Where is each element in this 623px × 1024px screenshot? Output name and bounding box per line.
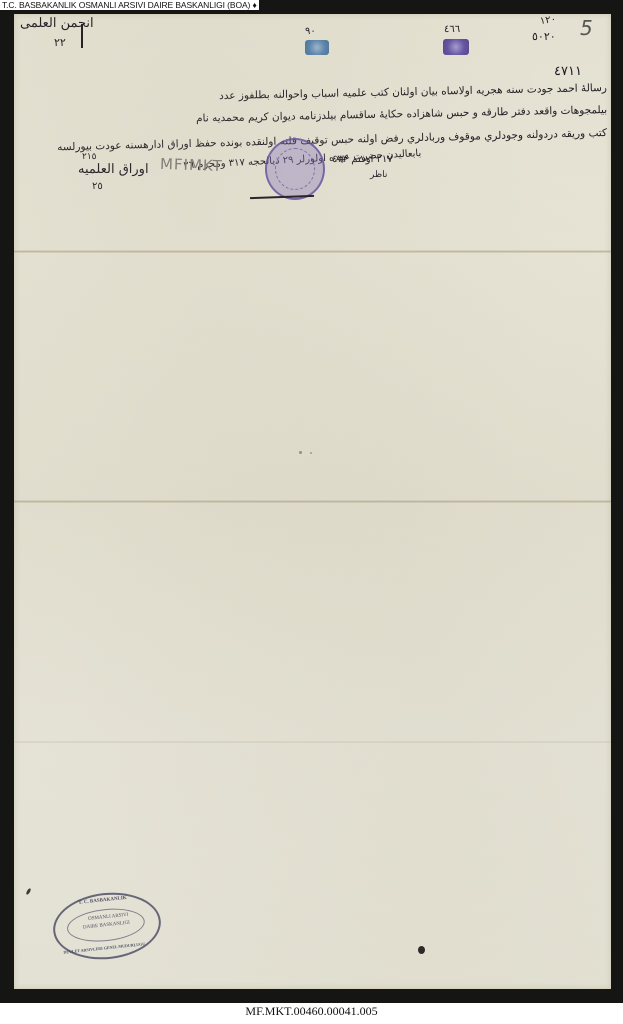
paper-hole	[418, 946, 425, 954]
left-note-number: ٢٥	[92, 181, 103, 192]
round-official-seal	[265, 138, 325, 200]
document-paper: انجمن العلمى ٢٢ ٩٠ ٤٦٦ ١٢٠ ٥٠٢٠ 5 ٤٧١١ ر…	[14, 14, 611, 989]
body-line-3: كتب وريقه دردولنه وجودلري موقوف وربادلري…	[57, 127, 607, 153]
fold-crease-middle	[14, 500, 611, 503]
date-signature-sub: ناظر	[370, 170, 387, 180]
document-reference-code: MF.MKT.00460.00041.005	[0, 1004, 623, 1019]
top-left-divider	[81, 24, 83, 48]
blue-stamp-number: ٩٠	[305, 26, 316, 37]
left-note-superscript: ٢١٥	[82, 152, 97, 162]
body-line-1: رسالهٔ احمد جودت سنه هجريه اولاساه بيان …	[219, 82, 607, 102]
purple-stamp-number: ٤٦٦	[444, 24, 460, 35]
date-signature: ٢١٧ اوفتم ٤٣٣	[332, 154, 393, 165]
archive-stamp-bottom-text: DEVLET ARSIVLERI GENEL MUDURLUGU	[63, 941, 145, 955]
purple-ink-stamp	[443, 39, 469, 55]
top-left-note: انجمن العلمى	[20, 16, 94, 31]
archive-header-label: T.C. BASBAKANLIK OSMANLI ARSIVI DAIRE BA…	[0, 0, 259, 10]
scan-frame: انجمن العلمى ٢٢ ٩٠ ٤٦٦ ١٢٠ ٥٠٢٠ 5 ٤٧١١ ر…	[0, 0, 623, 1003]
top-left-note-number: ٢٢	[54, 36, 66, 49]
pencil-page-number: 5	[580, 16, 593, 40]
faint-ink-mark	[310, 452, 312, 454]
archive-oval-stamp: T. C. BASBAKANLIK OSMANLI ARSIVI DAIRE B…	[50, 888, 164, 965]
fold-crease-lower	[14, 741, 611, 743]
register-number: ٤٧١١	[554, 64, 582, 79]
top-right-note-line2: ٥٠٢٠	[532, 30, 556, 43]
pencil-marking: MFIMKT	[160, 155, 223, 175]
fold-crease-upper	[14, 250, 611, 253]
archive-stamp-top-text: T. C. BASBAKANLIK	[78, 896, 127, 906]
top-left-note-text: انجمن العلمى	[20, 16, 94, 31]
faint-ink-mark	[299, 451, 302, 454]
ink-blot	[25, 888, 31, 896]
body-line-2: بیلمجوهات واقعد دفتر طارقه و حبس شاهزاده…	[196, 104, 607, 125]
blue-ink-stamp	[305, 40, 329, 55]
left-note-text: اوراق العلميه	[78, 162, 149, 177]
top-right-note-line1: ١٢٠	[539, 14, 556, 27]
